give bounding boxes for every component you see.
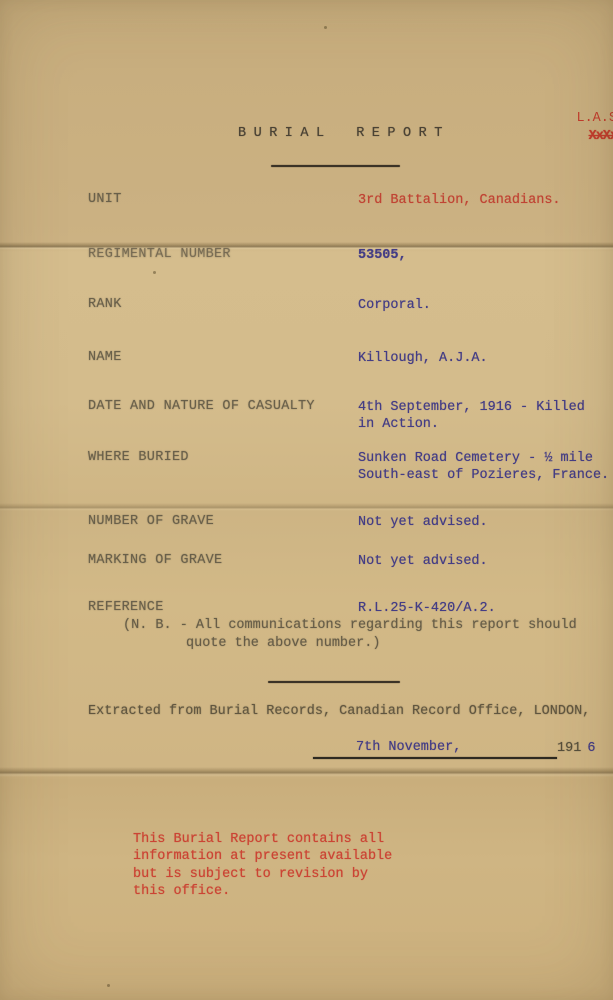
date-underline [313,757,557,759]
field-label: REGIMENTAL NUMBER [88,247,358,262]
field-value: Not yet advised. [358,553,613,570]
stamp-crossed-out: XxXx [576,128,613,146]
paper-fold-crease [0,503,613,511]
field-label: DATE AND NATURE OF CASUALTY [88,399,358,414]
field-label: REFERENCE [88,600,358,615]
field-label: NAME [88,350,358,365]
stamp-initials: L.A.S [576,110,613,128]
field-label: MARKING OF GRAVE [88,553,358,568]
document-title: BURIAL REPORT [238,126,450,141]
field-row-rank: RANK Corporal. [88,297,613,314]
field-row-unit: UNIT 3rd Battalion, Canadians. [88,192,613,209]
field-row-grave-number: NUMBER OF GRAVE Not yet advised. [88,514,613,531]
field-label: WHERE BURIED [88,450,358,465]
field-value: 3rd Battalion, Canadians. [358,192,613,209]
paper-speck [324,26,327,29]
paper-speck [107,984,110,987]
footer-revision-note: This Burial Report contains all informat… [133,831,392,900]
extracted-from-line: Extracted from Burial Records, Canadian … [88,704,590,719]
section-divider-rule [268,681,400,683]
nb-note-line1: (N. B. - All communications regarding th… [123,618,577,633]
date-typed: 7th November, [356,740,461,755]
field-label: RANK [88,297,358,312]
field-row-regimental-number: REGIMENTAL NUMBER 53505, [88,247,613,264]
field-value: Not yet advised. [358,514,613,531]
field-row-where-buried: WHERE BURIED Sunken Road Cemetery - ½ mi… [88,450,613,484]
title-divider-rule [271,165,400,167]
red-stamp: L.A.S XxXx [576,110,613,146]
year-typed-digit: 6 [587,741,595,756]
year: 1916 [557,741,595,756]
burial-report-document: BURIAL REPORT L.A.S XxXx UNIT 3rd Battal… [0,0,613,1000]
field-row-grave-marking: MARKING OF GRAVE Not yet advised. [88,553,613,570]
field-row-casualty: DATE AND NATURE OF CASUALTY 4th Septembe… [88,399,613,433]
field-value: Sunken Road Cemetery - ½ mile South-east… [358,450,613,484]
field-label: NUMBER OF GRAVE [88,514,358,529]
field-row-reference: REFERENCE R.L.25-K-420/A.2. [88,600,613,617]
field-value: Corporal. [358,297,613,314]
paper-speck [153,271,156,274]
nb-note-line2: quote the above number.) [186,636,380,651]
field-value: R.L.25-K-420/A.2. [358,600,613,617]
field-label: UNIT [88,192,358,207]
paper-fold-crease [0,767,613,777]
field-value: Killough, A.J.A. [358,350,613,367]
field-value: 4th September, 1916 - Killed in Action. [358,399,613,433]
year-preprinted: 191 [557,741,581,756]
field-row-name: NAME Killough, A.J.A. [88,350,613,367]
field-value: 53505, [358,247,613,264]
